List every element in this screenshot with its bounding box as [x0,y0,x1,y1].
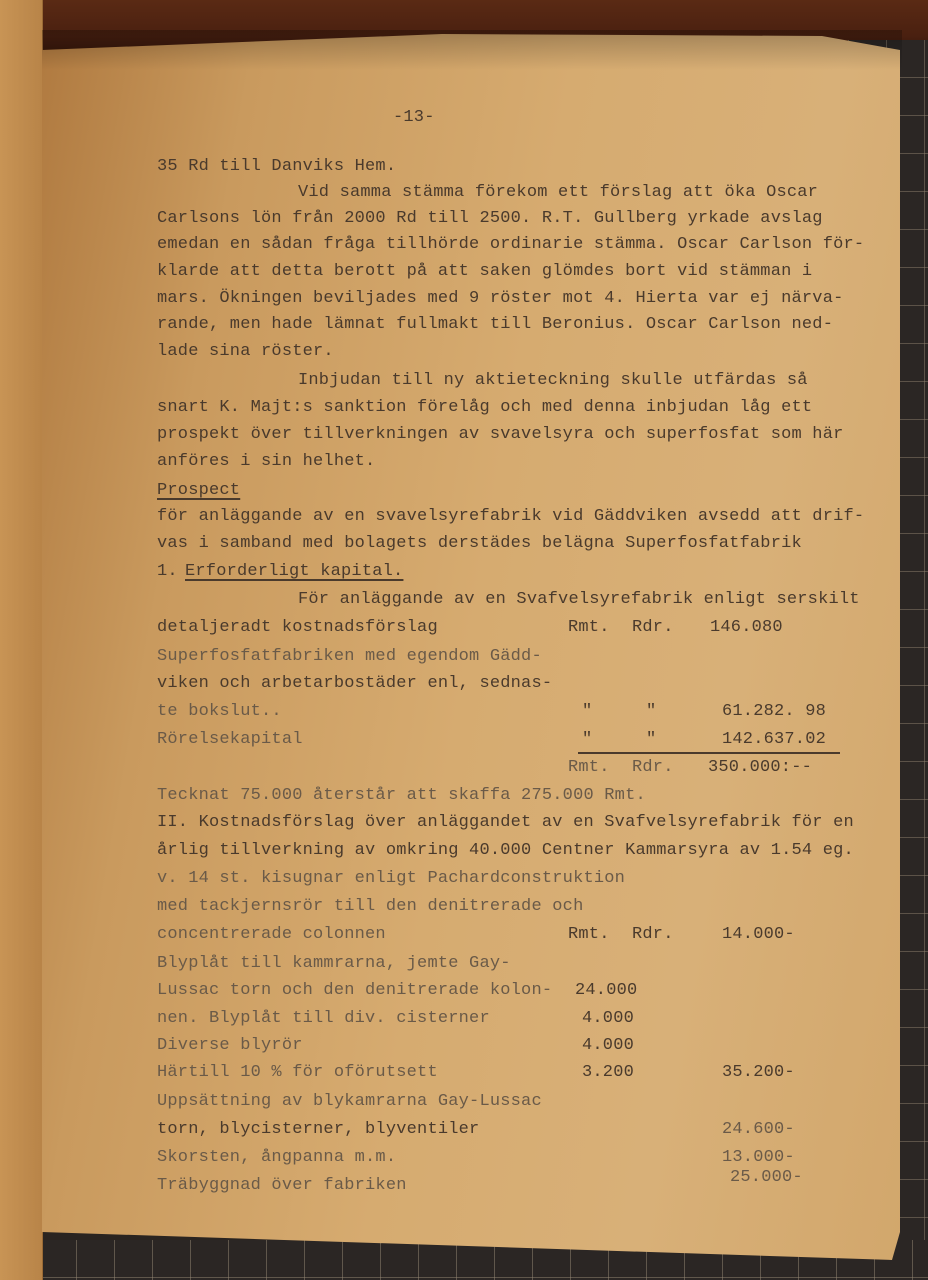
cost-row-amount: 13.000- [722,1148,795,1167]
capital-row-unit: " [646,730,656,749]
page-number: -13- [393,108,435,127]
paragraph-3-line: snart K. Majt:s sanktion förelåg och med… [157,398,812,417]
capital-row-unit: " [582,730,592,749]
sum-rule [578,752,840,754]
cost-row-label: Blyplåt till kammrarna, jemte Gay- [157,954,511,973]
paragraph-2-line: lade sina röster. [157,342,334,361]
capital-row-unit: " [582,702,592,721]
cost-row-subamount: 24.000 [575,981,637,1000]
prospect-intro-line: vas i samband med bolagets derstädes bel… [157,534,802,553]
total-unit: Rmt. [568,758,610,777]
cost-row-label: concentrerade colonnen [157,925,386,944]
section-1-title: Erforderligt kapital. [185,562,403,581]
cost-row-subamount: 4.000 [582,1009,634,1028]
cost-row-label: Härtill 10 % för oförutsett [157,1063,438,1082]
paragraph-2-line: klarde att detta berott på att saken glö… [157,262,812,281]
cost-row-label: nen. Blyplåt till div. cisterner [157,1009,490,1028]
paragraph-2-line: emedan en sådan fråga tillhörde ordinari… [157,235,864,254]
section-2-intro-line: med tackjernsrör till den denitrerade oc… [157,897,583,916]
section-2-intro-line: v. 14 st. kisugnar enligt Pachardconstru… [157,869,625,888]
capital-row-unit: Rdr. [632,618,674,637]
paragraph-2-line: Carlsons lön från 2000 Rd till 2500. R.T… [157,209,823,228]
section-1-intro: För anläggande av en Svafvelsyrefabrik e… [298,590,860,609]
section-2-intro-line: II. Kostnadsförslag över anläggandet av … [157,813,854,832]
capital-row-label: viken och arbetarbostäder enl, sednas- [157,674,552,693]
capital-row-unit: Rmt. [568,618,610,637]
paragraph-2-line: rande, men hade lämnat fullmakt till Ber… [157,315,833,334]
cost-row-subamount: 4.000 [582,1036,634,1055]
section-1-number: 1. [157,562,178,581]
capital-row-unit: " [646,702,656,721]
cost-row-amount: 25.000- [730,1168,803,1187]
cost-row-amount: 14.000- [722,925,795,944]
capital-row-label: Rörelsekapital [157,730,303,749]
cost-row-label: Lussac torn och den denitrerade kolon- [157,981,552,1000]
capital-row-amount: 61.282. 98 [722,702,826,721]
cost-row-label: Träbyggnad över fabriken [157,1176,407,1195]
cost-row-amount: 24.600- [722,1120,795,1139]
paragraph-3-line: prospekt över tillverkningen av svavelsy… [157,425,844,444]
total-unit: Rdr. [632,758,674,777]
cost-row-unit: Rmt. [568,925,610,944]
subscription-note: Tecknat 75.000 återstår att skaffa 275.0… [157,786,646,805]
cost-row-label: Uppsättning av blykamrarna Gay-Lussac [157,1092,542,1111]
capital-row-amount: 146.080 [710,618,783,637]
section-2-intro-line: årlig tillverkning av omkring 40.000 Cen… [157,841,854,860]
prospect-intro-line: för anläggande av en svavelsyrefabrik vi… [157,507,864,526]
cost-row-label: Diverse blyrör [157,1036,303,1055]
paragraph-2-line: mars. Ökningen beviljades med 9 röster m… [157,289,844,308]
total-amount: 350.000:-- [708,758,812,777]
cost-row-label: Skorsten, ångpanna m.m. [157,1148,396,1167]
cost-row-subamount: 3.200 [582,1063,634,1082]
paragraph-2-line: Vid samma stämma förekom ett förslag att… [298,183,818,202]
capital-row-amount: 142.637.02 [722,730,826,749]
paragraph-3-line: anföres i sin helhet. [157,452,375,471]
cost-row-unit: Rdr. [632,925,674,944]
capital-row-label: Superfosfatfabriken med egendom Gädd- [157,647,542,666]
document-text: -13- 35 Rd till Danviks Hem. Vid samma s… [0,0,928,1280]
cost-row-amount: 35.200- [722,1063,795,1082]
capital-row-label: detaljeradt kostnadsförslag [157,618,438,637]
paragraph-1: 35 Rd till Danviks Hem. [157,157,396,176]
prospect-heading: Prospect [157,481,240,500]
paragraph-3-line: Inbjudan till ny aktieteckning skulle ut… [298,371,808,390]
capital-row-label: te bokslut.. [157,702,282,721]
cost-row-label: torn, blycisterner, blyventiler [157,1120,479,1139]
